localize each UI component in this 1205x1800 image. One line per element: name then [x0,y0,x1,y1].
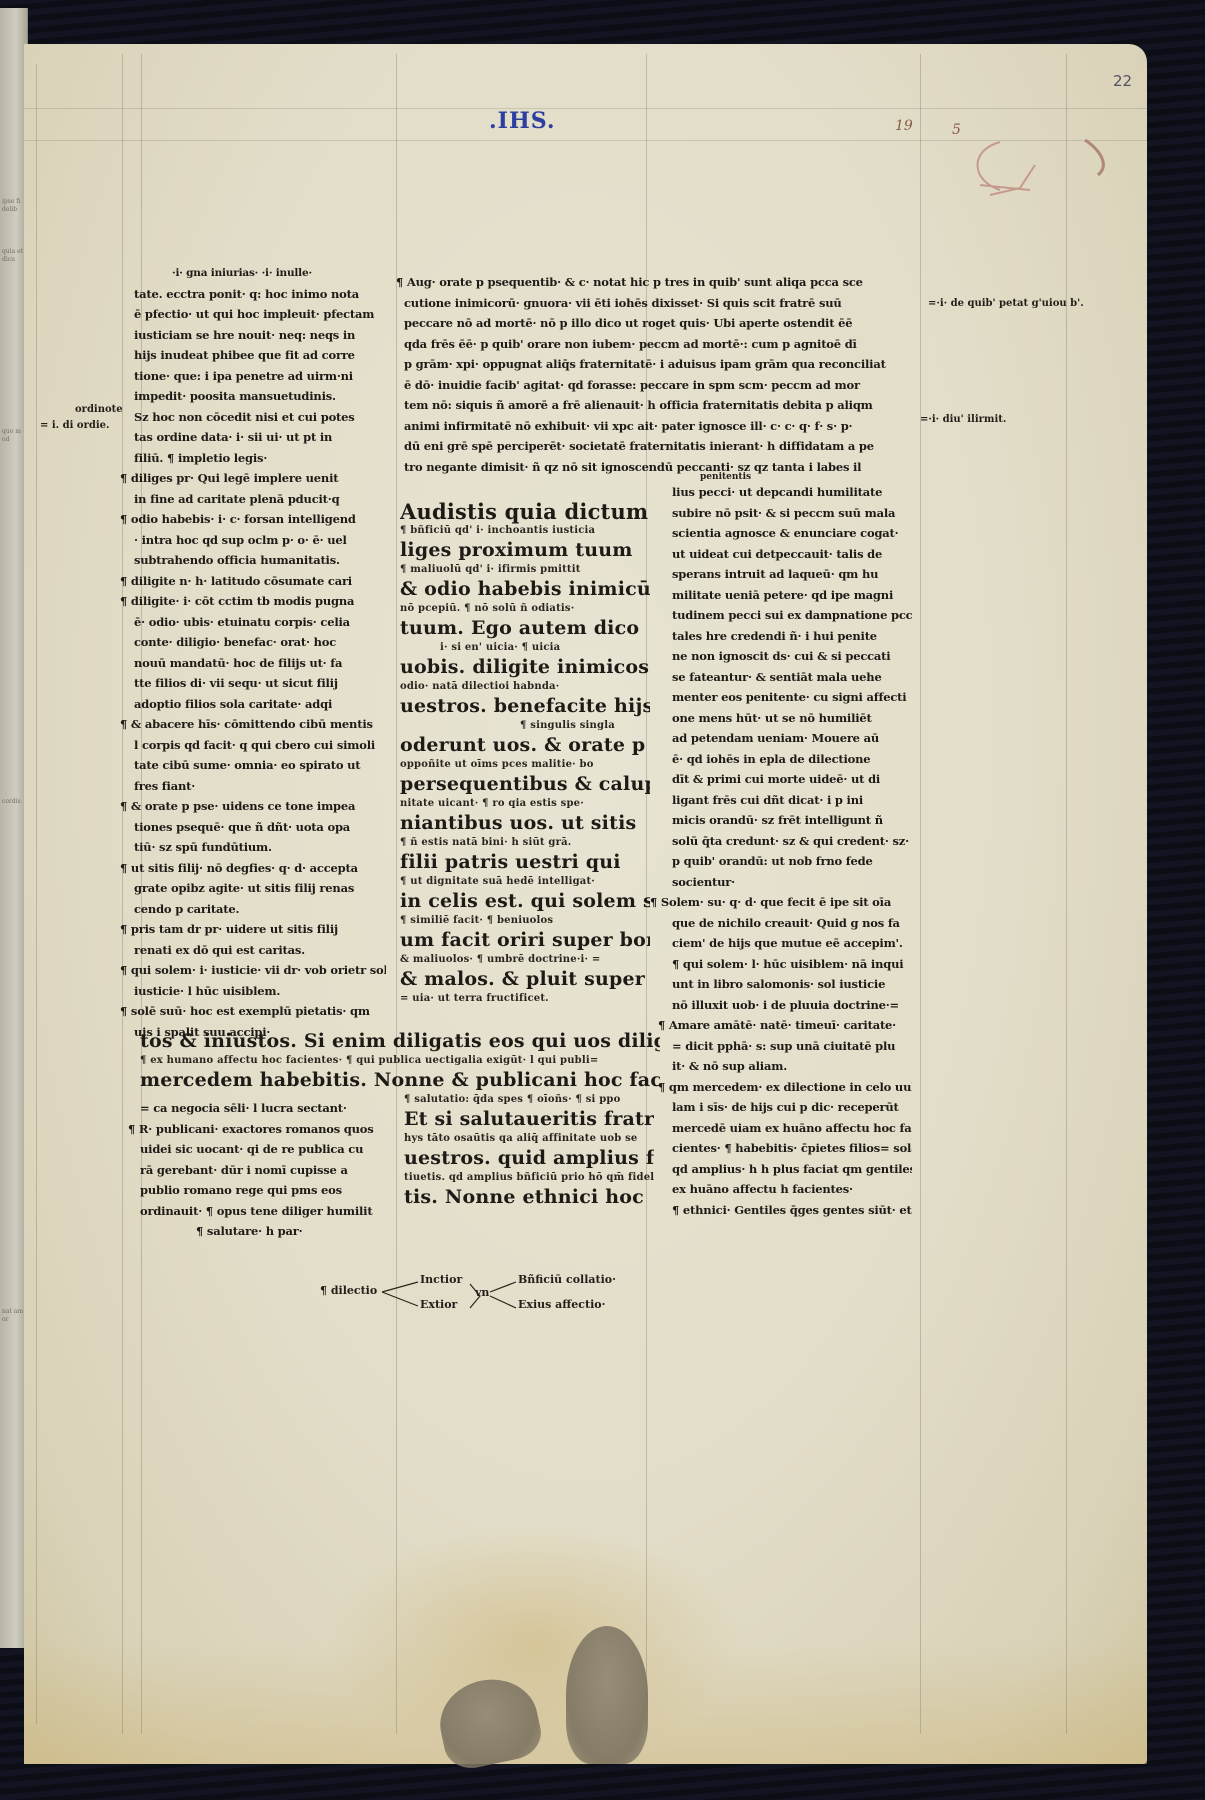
gloss-line: Sz hoc non cōcedit nisi et cui potes [134,407,386,428]
gloss-line: grate opibz agite· ut sitis filij renas [134,878,386,899]
gloss-line: fres fiant· [134,776,386,797]
gloss-line: subire nō psit· & si peccm suū mala [672,503,912,524]
gloss-line: ¶ ut sitis filij· nō degfies· q· d· acce… [120,858,386,879]
gloss-line: ordinauit· ¶ opus tene diliger humilit [140,1201,390,1222]
main-text-line: oderunt uos. & orate p [400,732,650,759]
diagram-root: ¶ dilectio [320,1284,377,1297]
gloss-line: qda frēs ēē· p quib' orare non iubem· pe… [404,334,904,355]
dilectio-branch-diagram: ¶ dilectio Inctior Extior vn Bñficiū col… [320,1270,590,1320]
gloss-line: dīt & primi cui morte uideē· ut di [672,769,912,790]
main-text-line: liges proximum tuum [400,537,650,564]
previous-page-bleed-text: cordis [2,798,24,806]
gloss-line: ¶ & abacere hīs· cōmittendo cibū mentis [120,714,386,735]
gloss-line: ¶ Solem· su· q· d· que fecit ē ipe sit o… [650,892,912,913]
gloss-line: tte filios di· vii sequ· ut sicut filij [134,673,386,694]
main-text-line: & odio habebis inimicū [400,576,650,603]
gloss-line: ut uideat cui detpeccauit· talis de [672,544,912,565]
interlinear-gloss: ¶ maliuolū qd' i· ifirmis pmittit [400,564,650,576]
gloss-line: peccare nō ad mortē· nō p illo dico ut r… [404,313,904,334]
left-gloss-column: ·i· gna iniurias· ·i· inulle· tate. ecct… [134,263,386,1042]
gloss-line: ¶ salutare· h par· [140,1221,390,1242]
gloss-line: ¶ ethnici· Gentiles q̄ges gentes siūt· e… [672,1200,912,1221]
gloss-line: rā gerebant· dūr i nomī cupisse a [140,1160,390,1181]
gloss-line: socientur· [672,872,912,893]
gloss-line: ¶ R· publicani· exactores romanos quos [128,1119,390,1140]
main-text-line: persequentibus & calup [400,771,650,798]
gloss-line: lam i sīs· de hijs cui p dic· receperūt [672,1097,912,1118]
gloss-line: sperans intruit ad laqueū· qm hu [672,564,912,585]
main-text-line: & malos. & pluit super ius [400,966,650,993]
right-margin-note: =·i· diu' ilirmit. [920,414,1006,425]
gloss-line: ē dō· inuidie facib' agitat· qd forasse:… [404,375,904,396]
gloss-line: se fateantur· & sentiāt mala uehe [672,667,912,688]
gloss-line: uidei sic uocant· qi de re publica cu [140,1139,390,1160]
folio-number: 22 [1113,72,1132,90]
gloss-line: lius pecci· ut depcandi humilitate [672,482,912,503]
main-text-line: tuum. Ego autem dico [400,615,650,642]
gloss-line: = dicit pphā· s: sup unā ciuitatē plu [672,1036,912,1057]
gloss-line: ¶ Aug· orate p psequentib· & c· notat hi… [396,272,904,293]
gloss-line: iusticie· l hūc uisiblem. [134,981,386,1002]
gloss-line: cutione inimicorū· gnuora· vii ēti iohēs… [404,293,904,314]
left-lower-gloss: = ca negocia sēli· l lucra sectant· ¶ R·… [140,1098,390,1242]
thumb-smudge [566,1626,648,1764]
gloss-line: p grām· xpi· oppugnat aliq̄s fraternitat… [404,354,904,375]
gloss-line: one mens hūt· ut se nō humiliēt [672,708,912,729]
interlinear-gloss: tiuetis. qd amplius bñficiū prio hō qm̄ … [404,1172,654,1184]
diagram-leaf: Exius affectio· [518,1298,605,1311]
main-text-line: uestros. benefacite hijs q [400,693,650,720]
main-text-column: Audistis quia dictum est. di ¶ bñficiū q… [400,498,650,1005]
gloss-line: dū eni grē spē perciperēt· societatē fra… [404,436,904,457]
interlinear-gloss: odio· natā dilectioi habnda· [400,681,650,693]
main-text-line: filii patris uestri qui [400,849,650,876]
main-text-line: um facit oriri super bonos [400,927,650,954]
main-text-line: Audistis quia dictum est. di [400,498,650,525]
gloss-line: ¶ diligite n· h· latitudo cōsumate cari [120,571,386,592]
gloss-line: ¶ qui solem· i· iusticie· vii dr· vob or… [120,960,386,981]
ruling-line [396,54,397,1734]
gloss-line: unt in libro salomonis· sol iusticie [672,974,912,995]
gloss-line: ¶ Amare amātē· natē· timeuī· caritate· [658,1015,912,1036]
gloss-line: menter eos penitente· cu signi affecti [672,687,912,708]
gloss-line: ē pfectio· ut qui hoc impleuit· pfectam [134,304,386,325]
main-text-wide-block: tos & iniustos. Si enim diligatis eos qu… [140,1028,660,1094]
main-text-line: uobis. diligite inimicos [400,654,650,681]
gloss-line: ne non ignoscit ds· cui & si peccati [672,646,912,667]
gloss-line: · intra hoc qd sup oclm p· o· ē· uel [134,530,386,551]
main-text-line: niantibus uos. ut sitis [400,810,650,837]
gloss-line: = ca negocia sēli· l lucra sectant· [140,1098,390,1119]
gloss-line: tudinem pecci sui ex dampnatione pcca [672,605,912,626]
gloss-line: tiones psequē· que ñ dñt· uota opa [134,817,386,838]
gloss-line: ¶ diliges pr· Qui legē implere uenit [120,468,386,489]
interlinear-gloss: i· si en' uicia· ¶ uicia [400,642,650,654]
left-margin-note: = i. di ordie. [40,420,109,431]
gloss-line: tem nō: siquis ñ amorē a frē alienauit· … [404,395,904,416]
interlinear-gloss: oppoñite ut oīms pces malitie· bo [400,759,650,771]
gloss-line: militate ueniā petere· qd ipe magni [672,585,912,606]
right-gloss-column: lius pecci· ut depcandi humilitate subir… [672,482,912,1220]
interlinear-gloss: nō pcepiū. ¶ nō solū ñ odiatis· [400,603,650,615]
previous-page-bleed-text: nat amor [2,1308,24,1324]
gloss-line: ad petendam ueniam· Mouere aū [672,728,912,749]
main-text-line: mercedem habebitis. Nonne & publicani ho… [140,1067,660,1094]
gloss-line: ¶ qm mercedem· ex dilectione in celo uul [658,1077,912,1098]
gloss-line: ¶ odio habebis· i· c· forsan intelligend [120,509,386,530]
gloss-line: cendo p caritate. [134,899,386,920]
main-text-line: tis. Nonne ethnici hoc [404,1184,654,1211]
interlinear-gloss: hys tāto osaūtis qa aliq̄ affinitate uob… [404,1133,654,1145]
gloss-line: tione· que: i ipa penetre ad uirm·ni [134,366,386,387]
gloss-line: ·i· gna iniurias· ·i· inulle· [134,263,386,284]
gloss-line: p quib' orandū: ut nob frno fede [672,851,912,872]
interlinear-gloss: & maliuolos· ¶ umbrē doctrine·i· = [400,954,650,966]
gloss-line: ē· odio· ubis· etuinatu corpis· celia [134,612,386,633]
gloss-line: subtrahendo officia humanitatis. [134,550,386,571]
gloss-line: adoptio filios sola caritate· adqi [134,694,386,715]
diagram-branch: Inctior [420,1273,462,1286]
interlinear-gloss: penitentis [700,472,751,482]
gloss-line: it· & nō sup aliam. [672,1056,912,1077]
right-margin-note: =·i· de quib' petat g'uiou b'. [928,298,1084,309]
gloss-line: tro negante dimisit· ñ qz nō sit ignosce… [404,457,904,478]
interlinear-gloss: ¶ ex humano affectu hoc facientes· ¶ qui… [140,1055,660,1067]
red-flourish-mark [960,130,1110,210]
gloss-line: que de nichilo creauit· Quid g nos fa [672,913,912,934]
interlinear-gloss: = uia· ut terra fructificet. [400,993,650,1005]
gloss-line: ¶ solē suū· hoc est exemplū pietatis· qm [120,1001,386,1022]
ruling-line [122,54,123,1734]
gloss-line: ¶ pris tam dr pr· uidere ut sitis filij [120,919,386,940]
diagram-leaf: Bñficiū collatio· [518,1273,616,1286]
gloss-line: conte· diligio· benefac· orat· hoc [134,632,386,653]
main-text-lower-block: ¶ salutatio: q̄da spes ¶ oīoñs· ¶ si ppo… [404,1094,654,1211]
gloss-line: animi infirmitatē nō exhibuit· vii xpc a… [404,416,904,437]
gloss-line: ¶ qui solem· l· hūc uisiblem· nā inqui [672,954,912,975]
interlinear-gloss: nitate uicant· ¶ ro qia estis spe· [400,798,650,810]
gloss-line: solū q̄ta credunt· sz & qui credent· sz· [672,831,912,852]
gloss-line: micis orandū· sz frēt intelligunt ñ [672,810,912,831]
ruling-line [920,54,921,1734]
main-text-line: Et si salutaueritis fratres [404,1106,654,1133]
gloss-line: publio romano rege qui pms eos [140,1180,390,1201]
gloss-line: iusticiam se hre nouit· neq: neqs in [134,325,386,346]
gloss-line: tate. ecctra ponit· q: hoc inimo nota [134,284,386,305]
main-text-line: uestros. quid amplius facie [404,1145,654,1172]
interlinear-gloss: ¶ ñ estis natā bini· h siūt grā. [400,837,650,849]
main-text-line: tos & iniustos. Si enim diligatis eos qu… [140,1028,660,1055]
gloss-line: ex huāno affectu h facientes· [672,1179,912,1200]
gloss-line: in fine ad caritate plenā pducit·q [134,489,386,510]
quire-mark: 19 [895,118,913,134]
gloss-line: l corpis qd facit· q qui cbero cui simol… [134,735,386,756]
ruling-line [36,64,37,1724]
gloss-line: ¶ & orate p pse· uidens ce tone impea [120,796,386,817]
gloss-line: ligant frēs cui dñt dicat· i p ini [672,790,912,811]
gloss-line: ē· qd iohēs in epla de dilectione [672,749,912,770]
gloss-line: tiū· sz spū fundūtium. [134,837,386,858]
main-text-line: in celis est. qui solem su [400,888,650,915]
interlinear-gloss: ¶ singulis singla [400,720,650,732]
diagram-branch: Extior [420,1298,457,1311]
gloss-line: tate cibū sume· omnia· eo spirato ut [134,755,386,776]
diagram-connector: vn [475,1286,489,1299]
ihs-heading: .IHS. [489,108,556,134]
gloss-line: tas ordine data· i· sii ui· ut pt in [134,427,386,448]
gloss-line: nō illuxit uob· i de pluuia doctrine·= [672,995,912,1016]
gloss-line: ¶ diligite· i· cōt cctim tb modis pugna [120,591,386,612]
gloss-line: filiū. ¶ impletio legis· [134,448,386,469]
gloss-line: renati ex dō qui est caritas. [134,940,386,961]
gloss-line: ciem' de hijs que mutue eē accepim'. [672,933,912,954]
gloss-line: impedit· poosita mansuetudinis. [134,386,386,407]
previous-page-bleed-text: quo mod [2,428,24,444]
previous-page-bleed-text: ipse fidelib [2,198,24,214]
gloss-line: cientes· ¶ habebitis· c̄pietes filios= s… [672,1138,912,1159]
ruling-line [24,108,1147,109]
gloss-line: tales hre credendi ñ· i hui penite [672,626,912,647]
left-margin-note: ordinote [75,404,123,415]
gloss-line: mercedē uiam ex huāno affectu hoc fa [672,1118,912,1139]
right-gloss-top-block: ¶ Aug· orate p psequentib· & c· notat hi… [404,272,904,477]
interlinear-gloss: ¶ salutatio: q̄da spes ¶ oīoñs· ¶ si ppo [404,1094,654,1106]
gloss-line: nouū mandatū· hoc de filijs ut· fa [134,653,386,674]
interlinear-gloss: ¶ similiē facit· ¶ beniuolos [400,915,650,927]
interlinear-gloss: ¶ bñficiū qd' i· inchoantis iusticia [400,525,650,537]
interlinear-gloss: ¶ ut dignitate suā hedē intelligat· [400,876,650,888]
gloss-line: scientia agnosce & enunciare cogat· [672,523,912,544]
previous-page-bleed-text: quia et dicu [2,248,24,264]
gloss-line: qd amplius· h h plus faciat qm gentiles [672,1159,912,1180]
gloss-line: hijs inudeat phibee que fit ad corre [134,345,386,366]
